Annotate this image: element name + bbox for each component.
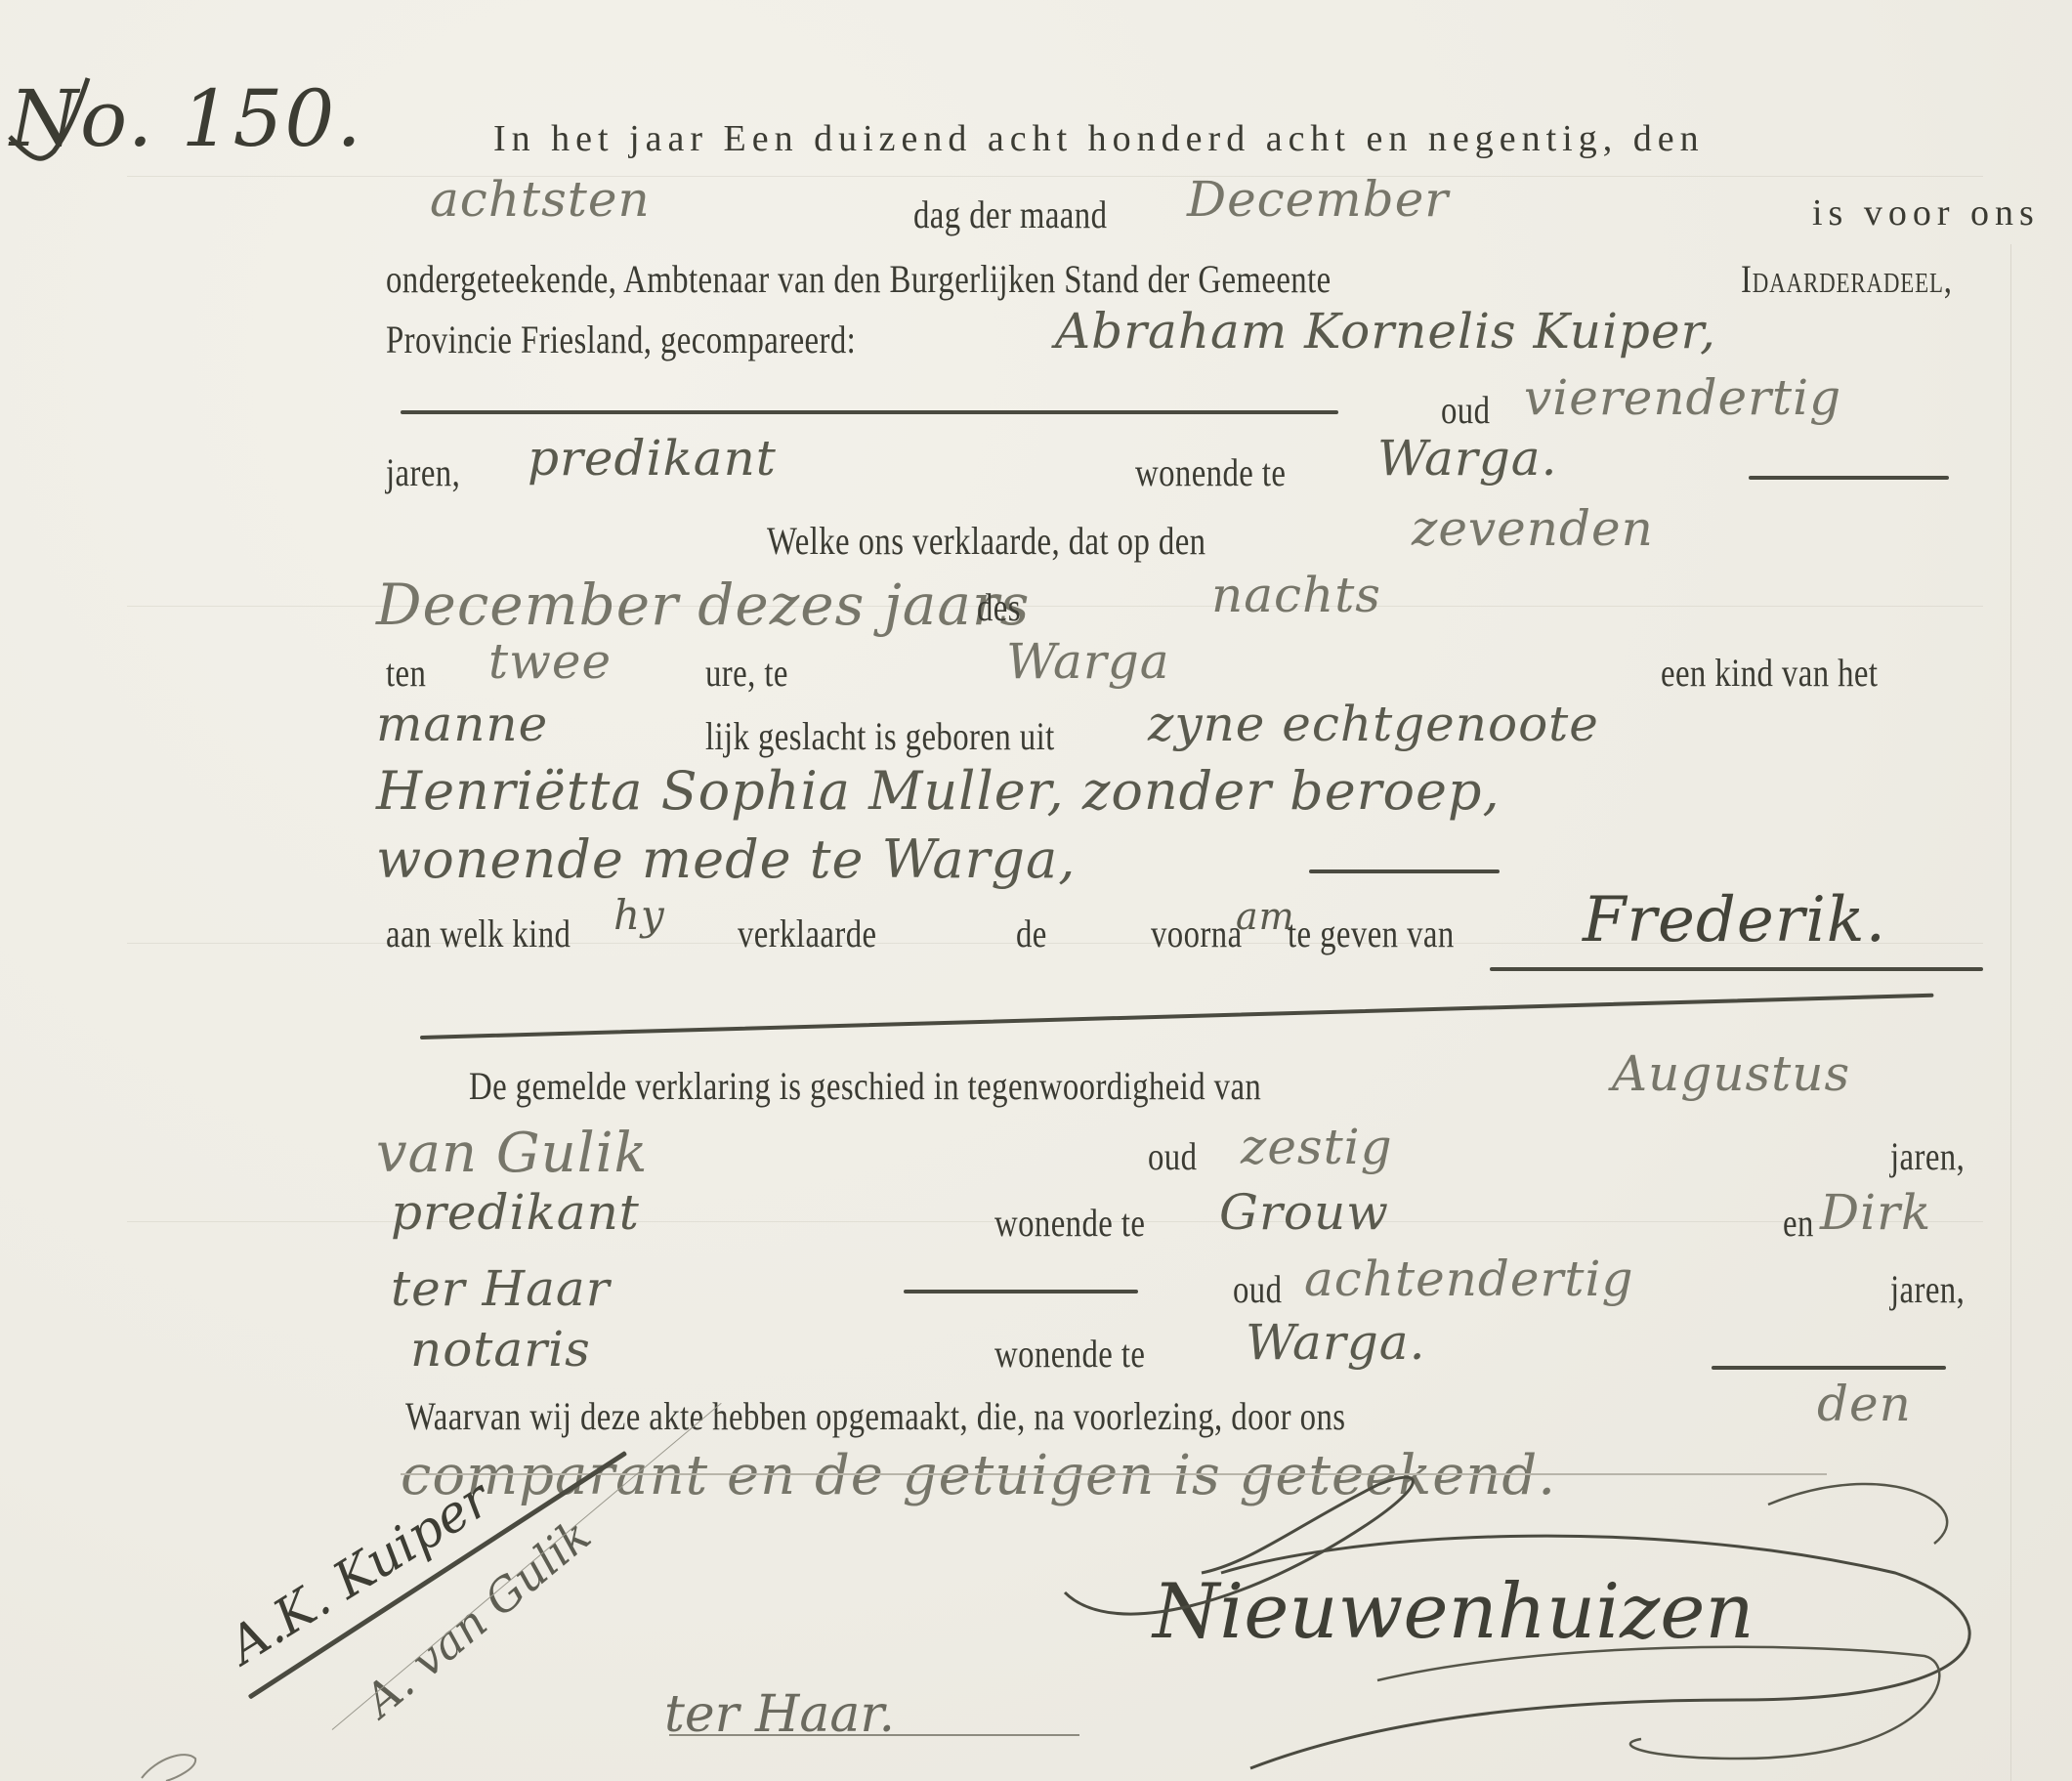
hand-day-of-declaration: achtsten: [430, 171, 651, 228]
print-provincie: Provincie Friesland, gecompareerd:: [386, 317, 856, 362]
record-number-flourish: [0, 68, 254, 176]
print-lijk-geslacht: lijk geslacht is geboren uit: [705, 713, 1055, 759]
hand-declarant-age: vierendertig: [1524, 369, 1841, 426]
hand-birth-month-year: December dezes jaars: [376, 572, 1030, 638]
print-verklaarde: verklaarde: [738, 911, 877, 956]
hand-declarant-occupation: predikant: [528, 430, 777, 487]
print-voorna: voorna: [1151, 911, 1243, 956]
print-waarvan-wij: Waarvan wij deze akte hebben opgemaakt, …: [405, 1393, 1345, 1439]
print-en: en: [1783, 1200, 1814, 1246]
hand-time-of-day: nachts: [1211, 567, 1381, 623]
print-dag-der-maand: dag der maand: [913, 191, 1107, 237]
hand-witness1-last-name: van Gulik: [376, 1122, 648, 1185]
line-1-year: In het jaar Een duizend acht honderd ach…: [493, 117, 1705, 160]
hand-child-name: Frederik.: [1583, 884, 1886, 956]
hand-witness2-occupation: notaris: [410, 1321, 591, 1378]
hand-witness2-age: achtendertig: [1304, 1251, 1634, 1307]
hand-witness1-first-name: Augustus: [1612, 1045, 1850, 1102]
hand-witness2-first-name: Dirk: [1820, 1184, 1931, 1241]
print-wonende-te: wonende te: [994, 1200, 1145, 1246]
print-jaren: jaren,: [386, 449, 460, 495]
hand-witness1-residence: Grouw: [1219, 1184, 1389, 1241]
hand-declarant-residence: Warga.: [1377, 430, 1557, 487]
print-jaren: jaren,: [1890, 1133, 1965, 1179]
print-welke-ons: Welke ons verklaarde, dat op den: [767, 518, 1205, 564]
next-record-fragment: [137, 1749, 215, 1781]
print-oud: oud: [1233, 1266, 1282, 1312]
signature-underline: [669, 1734, 1079, 1736]
hand-mother-name: Henriëtta Sophia Muller, zonder beroep,: [376, 760, 1501, 822]
municipality-name: Idaarderadeel,: [1741, 256, 1953, 302]
print-een-kind: een kind van het: [1661, 650, 1878, 696]
print-wonende-te: wonende te: [994, 1331, 1145, 1377]
fill-rule: [401, 410, 1338, 414]
record-number-period: .: [336, 73, 362, 164]
hand-voornaam-insert: am: [1236, 895, 1295, 938]
hand-sex: manne: [376, 696, 548, 752]
print-de: de: [1016, 911, 1047, 956]
hand-birth-hour: twee: [488, 633, 612, 690]
print-oud: oud: [1441, 387, 1490, 433]
hand-mother-relation: zyne echtgenoote: [1148, 696, 1599, 752]
hand-witness1-age: zestig: [1241, 1119, 1393, 1175]
registrar-flourish: [1055, 1446, 2072, 1781]
print-te-geven-van: te geven van: [1288, 911, 1455, 956]
hand-declarant-name: Abraham Kornelis Kuiper,: [1055, 303, 1716, 360]
print-ure-te: ure, te: [705, 650, 788, 696]
hand-birth-place: Warga: [1006, 633, 1170, 690]
print-wonende-te: wonende te: [1135, 449, 1286, 495]
fill-rule: [904, 1290, 1138, 1293]
hand-witness2-last-name: ter Haar: [391, 1260, 611, 1317]
hand-mother-residence: wonende mede te Warga,: [376, 828, 1076, 890]
hand-month-of-declaration: December: [1187, 171, 1449, 228]
fill-rule: [1712, 1366, 1946, 1370]
print-ten: ten: [386, 650, 426, 696]
hand-witness2-residence: Warga.: [1246, 1314, 1425, 1371]
bleed-through-line: [127, 176, 1983, 177]
hand-declarant-pronoun: hy: [613, 891, 665, 939]
fill-rule: [1309, 869, 1500, 873]
fill-rule: [1749, 476, 1949, 480]
print-jaren: jaren,: [1890, 1266, 1965, 1312]
hand-den: den: [1817, 1376, 1912, 1432]
fill-rule: [1490, 967, 1983, 971]
print-is-voor-ons: is voor ons: [1812, 191, 2040, 234]
print-aan-welk-kind: aan welk kind: [386, 911, 571, 956]
print-oud: oud: [1148, 1133, 1197, 1179]
hand-witness1-occupation: predikant: [391, 1184, 640, 1241]
hand-birth-day: zevenden: [1412, 500, 1654, 557]
print-ambtenaar: ondergeteekende, Ambtenaar van den Burge…: [386, 256, 1332, 302]
print-des: des: [977, 584, 1021, 630]
print-de-gemelde-verklaring: De gemelde verklaring is geschied in teg…: [469, 1063, 1261, 1109]
